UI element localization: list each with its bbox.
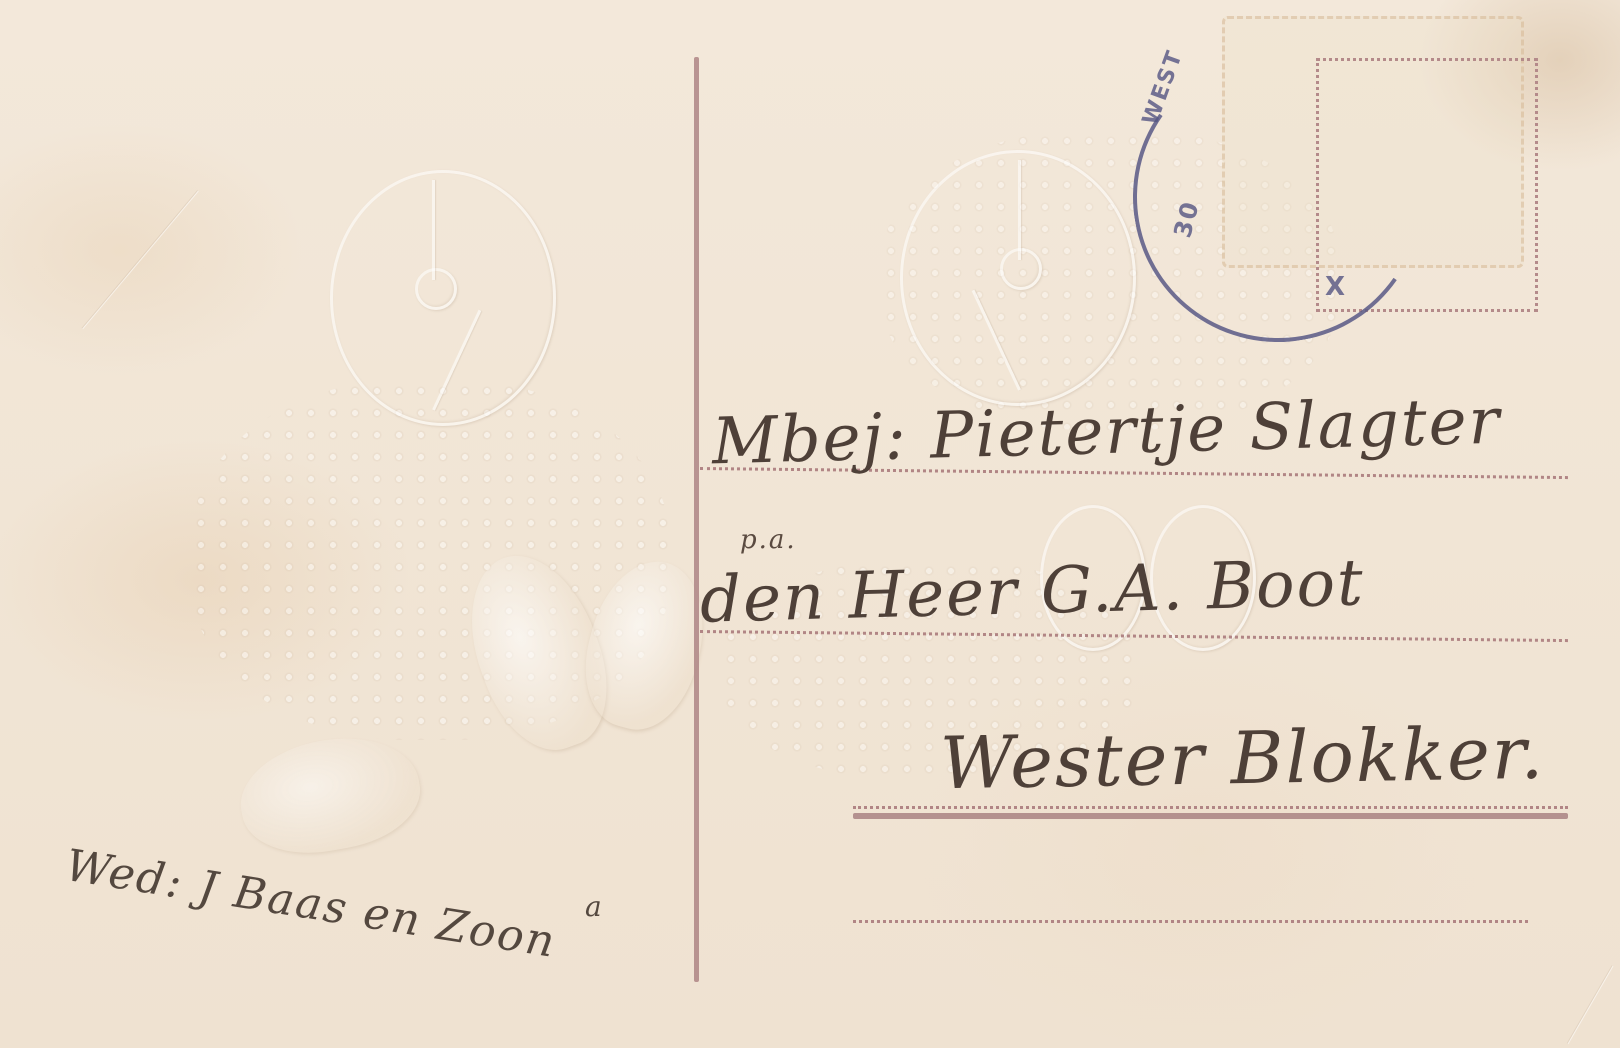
embossed-dove [232, 725, 428, 865]
sender-signature: Wed: J Baas en Zoon [62, 840, 560, 968]
center-divider-line [694, 57, 699, 982]
postmark-mark: X [1325, 272, 1347, 302]
address-care-of-name: den Heer G.A. Boot [699, 546, 1366, 637]
embossed-flower [415, 268, 457, 310]
address-town: Wester Blokker. [939, 711, 1545, 806]
paper-crease [1568, 966, 1614, 1044]
embossed-flower [1000, 248, 1042, 290]
postcard: WEST 30 X Mbej: Pietertje Slagter p.a. d… [0, 0, 1620, 1048]
sender-superscript: a [585, 890, 604, 923]
address-recipient: Mbej: Pietertje Slagter [711, 385, 1502, 480]
embossed-spoke [1018, 160, 1021, 260]
address-line-3-underline [853, 813, 1568, 819]
embossed-spoke [432, 180, 435, 280]
address-line-4 [853, 920, 1528, 923]
address-care-of: p.a. [740, 525, 797, 555]
address-line-3 [853, 806, 1568, 809]
paper-crease [82, 191, 198, 330]
